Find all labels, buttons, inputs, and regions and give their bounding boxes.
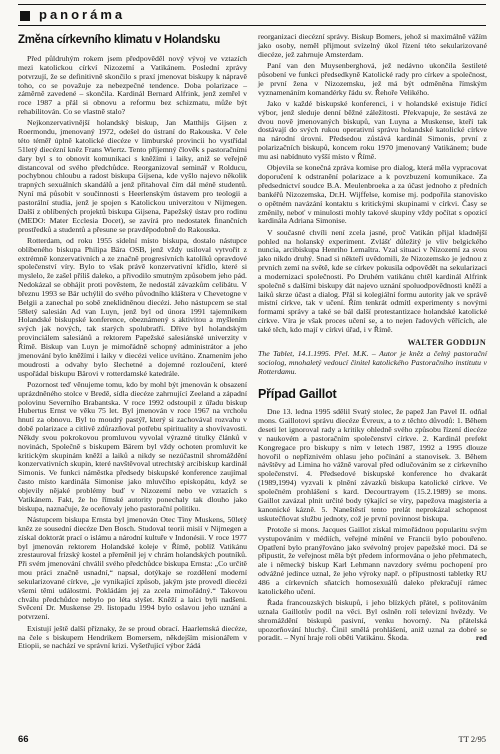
paragraph: Paní van den Muysenberghová, jež nedávno…	[258, 62, 487, 97]
paragraph: reorganizaci diecézní správy. Biskup Bom…	[258, 33, 487, 60]
source-credit: The Tablet, 14.1.1995. Přel. M.K. – Auto…	[258, 350, 487, 377]
paragraph: Dne 13. ledna 1995 sdělil Svatý stolec, …	[258, 408, 487, 523]
section-header: panoráma	[18, 4, 486, 26]
author-byline: WALTER GODDIJN	[258, 338, 486, 347]
magazine-page: panoráma Změna církevního klimatu v Hola…	[0, 0, 500, 754]
paragraph: Existují ještě další příznaky, že se pro…	[18, 625, 247, 652]
header-bottom-rule	[18, 25, 486, 26]
editor-signature: red	[467, 634, 487, 643]
page-number: 66	[18, 734, 29, 745]
issue-label: TT 2/95	[459, 734, 486, 744]
paragraph: Nejkonzervativnější holandský biskup, Ja…	[18, 119, 247, 234]
two-column-body: Změna církevního klimatu v Holandsku Pře…	[18, 33, 487, 654]
section-label: panoráma	[39, 8, 125, 22]
paragraph: Pozornost teď věnujeme tomu, kdo by mohl…	[18, 381, 247, 514]
paragraph: Protože si mons. Jacques Gaillot získal …	[258, 526, 487, 597]
paragraph: Řada francouzských biskupů, i jeho blízk…	[258, 599, 487, 643]
page-footer: 66 TT 2/95	[18, 734, 486, 745]
paragraph: Jako v každé biskupské konferenci, i v h…	[258, 100, 487, 162]
paragraph: Před půldruhým rokem jsem předpověděl no…	[18, 55, 247, 117]
paragraph: Objevila se konečná zpráva komise pro di…	[258, 164, 487, 226]
paragraph: Nástupcem biskupa Ernsta byl jmenován Ot…	[18, 516, 247, 622]
paragraph: V současné chvíli není zcela jasné, proč…	[258, 229, 487, 335]
paragraph-text: Řada francouzských biskupů, i jeho blízk…	[258, 598, 487, 642]
section-marker-icon	[20, 11, 30, 21]
left-column: Změna církevního klimatu v Holandsku Pře…	[18, 33, 247, 654]
article-title-gaillot: Případ Gaillot	[258, 387, 487, 401]
right-column: reorganizaci diecézní správy. Biskup Bom…	[258, 33, 487, 654]
paragraph: Rotterdam, od roku 1955 sídelní místo bi…	[18, 237, 247, 379]
article-title-holland: Změna církevního klimatu v Holandsku	[18, 34, 247, 47]
